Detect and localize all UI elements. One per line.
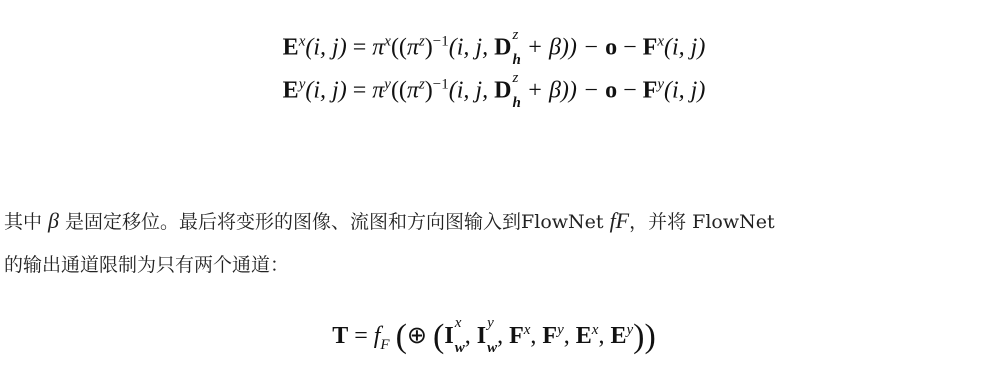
sup: z bbox=[512, 28, 520, 43]
paragraph-line-2: 的输出通道限制为只有两个通道： bbox=[4, 250, 289, 277]
sub: h bbox=[512, 96, 520, 111]
symbol-F: F bbox=[509, 323, 524, 349]
paren: ) bbox=[425, 35, 433, 61]
symbol-E: E bbox=[576, 323, 592, 349]
sup: x bbox=[592, 322, 599, 338]
plus: + β)) − bbox=[521, 35, 605, 61]
inner: (i, j, bbox=[449, 78, 494, 104]
paren: (( bbox=[391, 35, 407, 61]
symbol-o: o bbox=[605, 78, 617, 104]
supsub: zh bbox=[512, 77, 520, 107]
equals: = bbox=[347, 35, 373, 61]
text: ，并将 FlowNet bbox=[629, 211, 775, 233]
symbol-F: F bbox=[542, 323, 557, 349]
equation-ey: Ey(i, j) = πy((πz)−1(i, j, Dzh + β)) − o… bbox=[0, 77, 988, 107]
sup: −1 bbox=[433, 77, 449, 93]
big-paren: ( bbox=[396, 318, 407, 355]
text: 是固定移位。最后将变形的图像、流图和方向图输入到FlowNet bbox=[59, 211, 610, 233]
symbol-I: I bbox=[444, 323, 453, 349]
sup: −1 bbox=[433, 34, 449, 50]
big-paren: )) bbox=[633, 318, 656, 355]
sup: x bbox=[384, 34, 391, 50]
pi: π bbox=[372, 35, 384, 61]
symbol-I: I bbox=[477, 323, 486, 349]
sup: y bbox=[487, 316, 497, 331]
symbol-D: D bbox=[494, 35, 511, 61]
symbol-o: o bbox=[605, 35, 617, 61]
minus: − bbox=[617, 35, 643, 61]
sup: x bbox=[657, 34, 664, 50]
minus: − bbox=[617, 78, 643, 104]
symbol-E: E bbox=[283, 35, 299, 61]
pi: π bbox=[372, 78, 384, 104]
args: (i, j) bbox=[305, 78, 346, 104]
beta-symbol: β bbox=[48, 208, 59, 233]
sup: y bbox=[657, 77, 664, 93]
symbol-E: E bbox=[283, 78, 299, 104]
pi: π bbox=[407, 35, 419, 61]
pi: π bbox=[407, 78, 419, 104]
supsub: xw bbox=[455, 322, 465, 352]
args: (i, j) bbox=[664, 35, 705, 61]
sup: y bbox=[384, 77, 391, 93]
paren: (( bbox=[391, 78, 407, 104]
sub: F bbox=[380, 337, 389, 353]
sup: z bbox=[512, 71, 520, 86]
equation-t: T = fF (⊕ (Ixw, Iyw, Fx, Fy, Ex, Ey)) bbox=[0, 318, 988, 356]
symbol-T: T bbox=[332, 323, 348, 349]
inner: (i, j, bbox=[449, 35, 494, 61]
big-paren: ( bbox=[433, 318, 444, 355]
text: 的输出通道限制为只有两个通道： bbox=[4, 254, 289, 276]
equals: = bbox=[348, 323, 374, 349]
equals: = bbox=[347, 78, 373, 104]
sub: h bbox=[512, 53, 520, 68]
symbol-F: F bbox=[643, 35, 658, 61]
paragraph-line-1: 其中 β 是固定移位。最后将变形的图像、流图和方向图输入到FlowNet fF，… bbox=[4, 207, 775, 234]
sub: w bbox=[487, 341, 497, 356]
supsub: zh bbox=[512, 34, 520, 64]
paren: ) bbox=[425, 78, 433, 104]
plus: + β)) − bbox=[521, 78, 605, 104]
sup: x bbox=[524, 322, 531, 338]
equation-ex: Ex(i, j) = πx((πz)−1(i, j, Dzh + β)) − o… bbox=[0, 34, 988, 64]
sup: x bbox=[455, 316, 465, 331]
symbol-E: E bbox=[610, 323, 626, 349]
args: (i, j) bbox=[305, 35, 346, 61]
oplus: ⊕ bbox=[407, 323, 427, 349]
symbol-F: F bbox=[643, 78, 658, 104]
sub: w bbox=[455, 341, 465, 356]
supsub: yw bbox=[487, 322, 497, 352]
symbol-D: D bbox=[494, 78, 511, 104]
fF-symbol: fF bbox=[610, 208, 630, 233]
args: (i, j) bbox=[664, 78, 705, 104]
sup: y bbox=[557, 322, 564, 338]
text: 其中 bbox=[4, 211, 48, 233]
